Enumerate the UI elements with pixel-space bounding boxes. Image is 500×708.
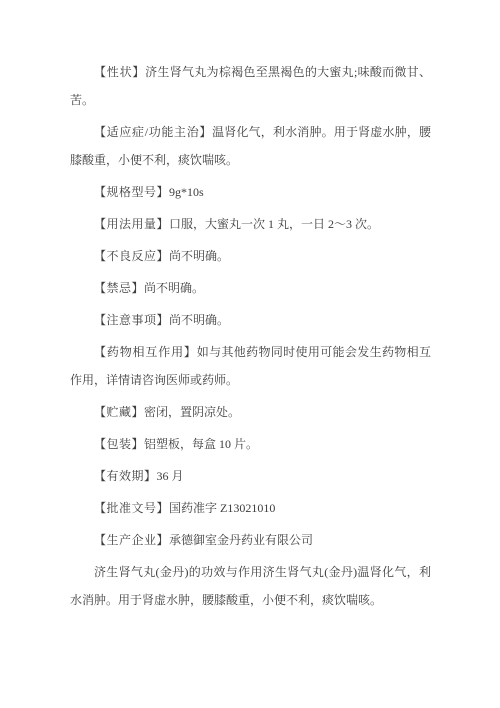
section-label-packaging: 【包装】 bbox=[94, 437, 144, 451]
section-text-adverse-reactions: 尚不明确。 bbox=[169, 249, 229, 263]
section-label-adverse-reactions: 【不良反应】 bbox=[94, 249, 169, 263]
section-label-manufacturer: 【生产企业】 bbox=[94, 533, 169, 547]
para-properties: 【性状】济生肾气丸为棕褐色至黑褐色的大蜜丸;味酸而微甘、苦。 bbox=[70, 58, 431, 114]
section-text-specification: 9g*10s bbox=[169, 185, 204, 199]
section-text-approval-number: 国药准字 Z13021010 bbox=[169, 501, 275, 515]
para-adverse-reactions: 【不良反应】尚不明确。 bbox=[70, 242, 431, 270]
para-storage: 【贮藏】密闭，置阴凉处。 bbox=[70, 398, 431, 426]
section-label-drug-interactions: 【药物相互作用】 bbox=[94, 345, 197, 359]
section-text-contraindications: 尚不明确。 bbox=[144, 281, 204, 295]
para-contraindications: 【禁忌】尚不明确。 bbox=[70, 274, 431, 302]
para-dosage: 【用法用量】口服，大蜜丸一次 1 丸，一日 2～3 次。 bbox=[70, 210, 431, 238]
drug-instruction-page: 【性状】济生肾气丸为棕褐色至黑褐色的大蜜丸;味酸而微甘、苦。 【适应症/功能主治… bbox=[0, 0, 500, 708]
para-specification: 【规格型号】9g*10s bbox=[70, 178, 431, 206]
para-efficacy-summary: 济生肾气丸(金丹)的功效与作用济生肾气丸(金丹)温肾化气，利水消肿。用于肾虚水肿… bbox=[70, 558, 431, 614]
section-label-indications: 【适应症/功能主治】 bbox=[94, 125, 212, 139]
section-text-efficacy-summary: 济生肾气丸(金丹)的功效与作用济生肾气丸(金丹)温肾化气，利水消肿。用于肾虚水肿… bbox=[70, 565, 431, 607]
section-text-dosage: 口服，大蜜丸一次 1 丸，一日 2～3 次。 bbox=[169, 217, 379, 231]
section-label-specification: 【规格型号】 bbox=[94, 185, 169, 199]
section-label-shelf-life: 【有效期】 bbox=[94, 469, 157, 483]
section-label-precautions: 【注意事项】 bbox=[94, 313, 169, 327]
para-approval-number: 【批准文号】国药准字 Z13021010 bbox=[70, 494, 431, 522]
para-precautions: 【注意事项】尚不明确。 bbox=[70, 306, 431, 334]
section-label-storage: 【贮藏】 bbox=[94, 405, 144, 419]
para-packaging: 【包装】铝塑板，每盒 10 片。 bbox=[70, 430, 431, 458]
section-label-approval-number: 【批准文号】 bbox=[94, 501, 169, 515]
para-shelf-life: 【有效期】36 月 bbox=[70, 462, 431, 490]
para-indications: 【适应症/功能主治】温肾化气，利水消肿。用于肾虚水肿，腰膝酸重，小便不利，痰饮喘… bbox=[70, 118, 431, 174]
section-label-contraindications: 【禁忌】 bbox=[94, 281, 144, 295]
section-label-dosage: 【用法用量】 bbox=[94, 217, 169, 231]
section-text-precautions: 尚不明确。 bbox=[169, 313, 229, 327]
section-text-packaging: 铝塑板，每盒 10 片。 bbox=[144, 437, 258, 451]
section-text-storage: 密闭，置阴凉处。 bbox=[144, 405, 240, 419]
para-manufacturer: 【生产企业】承德御室金丹药业有限公司 bbox=[70, 526, 431, 554]
para-drug-interactions: 【药物相互作用】如与其他药物同时使用可能会发生药物相互作用，详情请咨询医师或药师… bbox=[70, 338, 431, 394]
section-text-shelf-life: 36 月 bbox=[157, 469, 184, 483]
section-text-manufacturer: 承德御室金丹药业有限公司 bbox=[169, 533, 313, 547]
section-label-properties: 【性状】 bbox=[94, 65, 145, 79]
